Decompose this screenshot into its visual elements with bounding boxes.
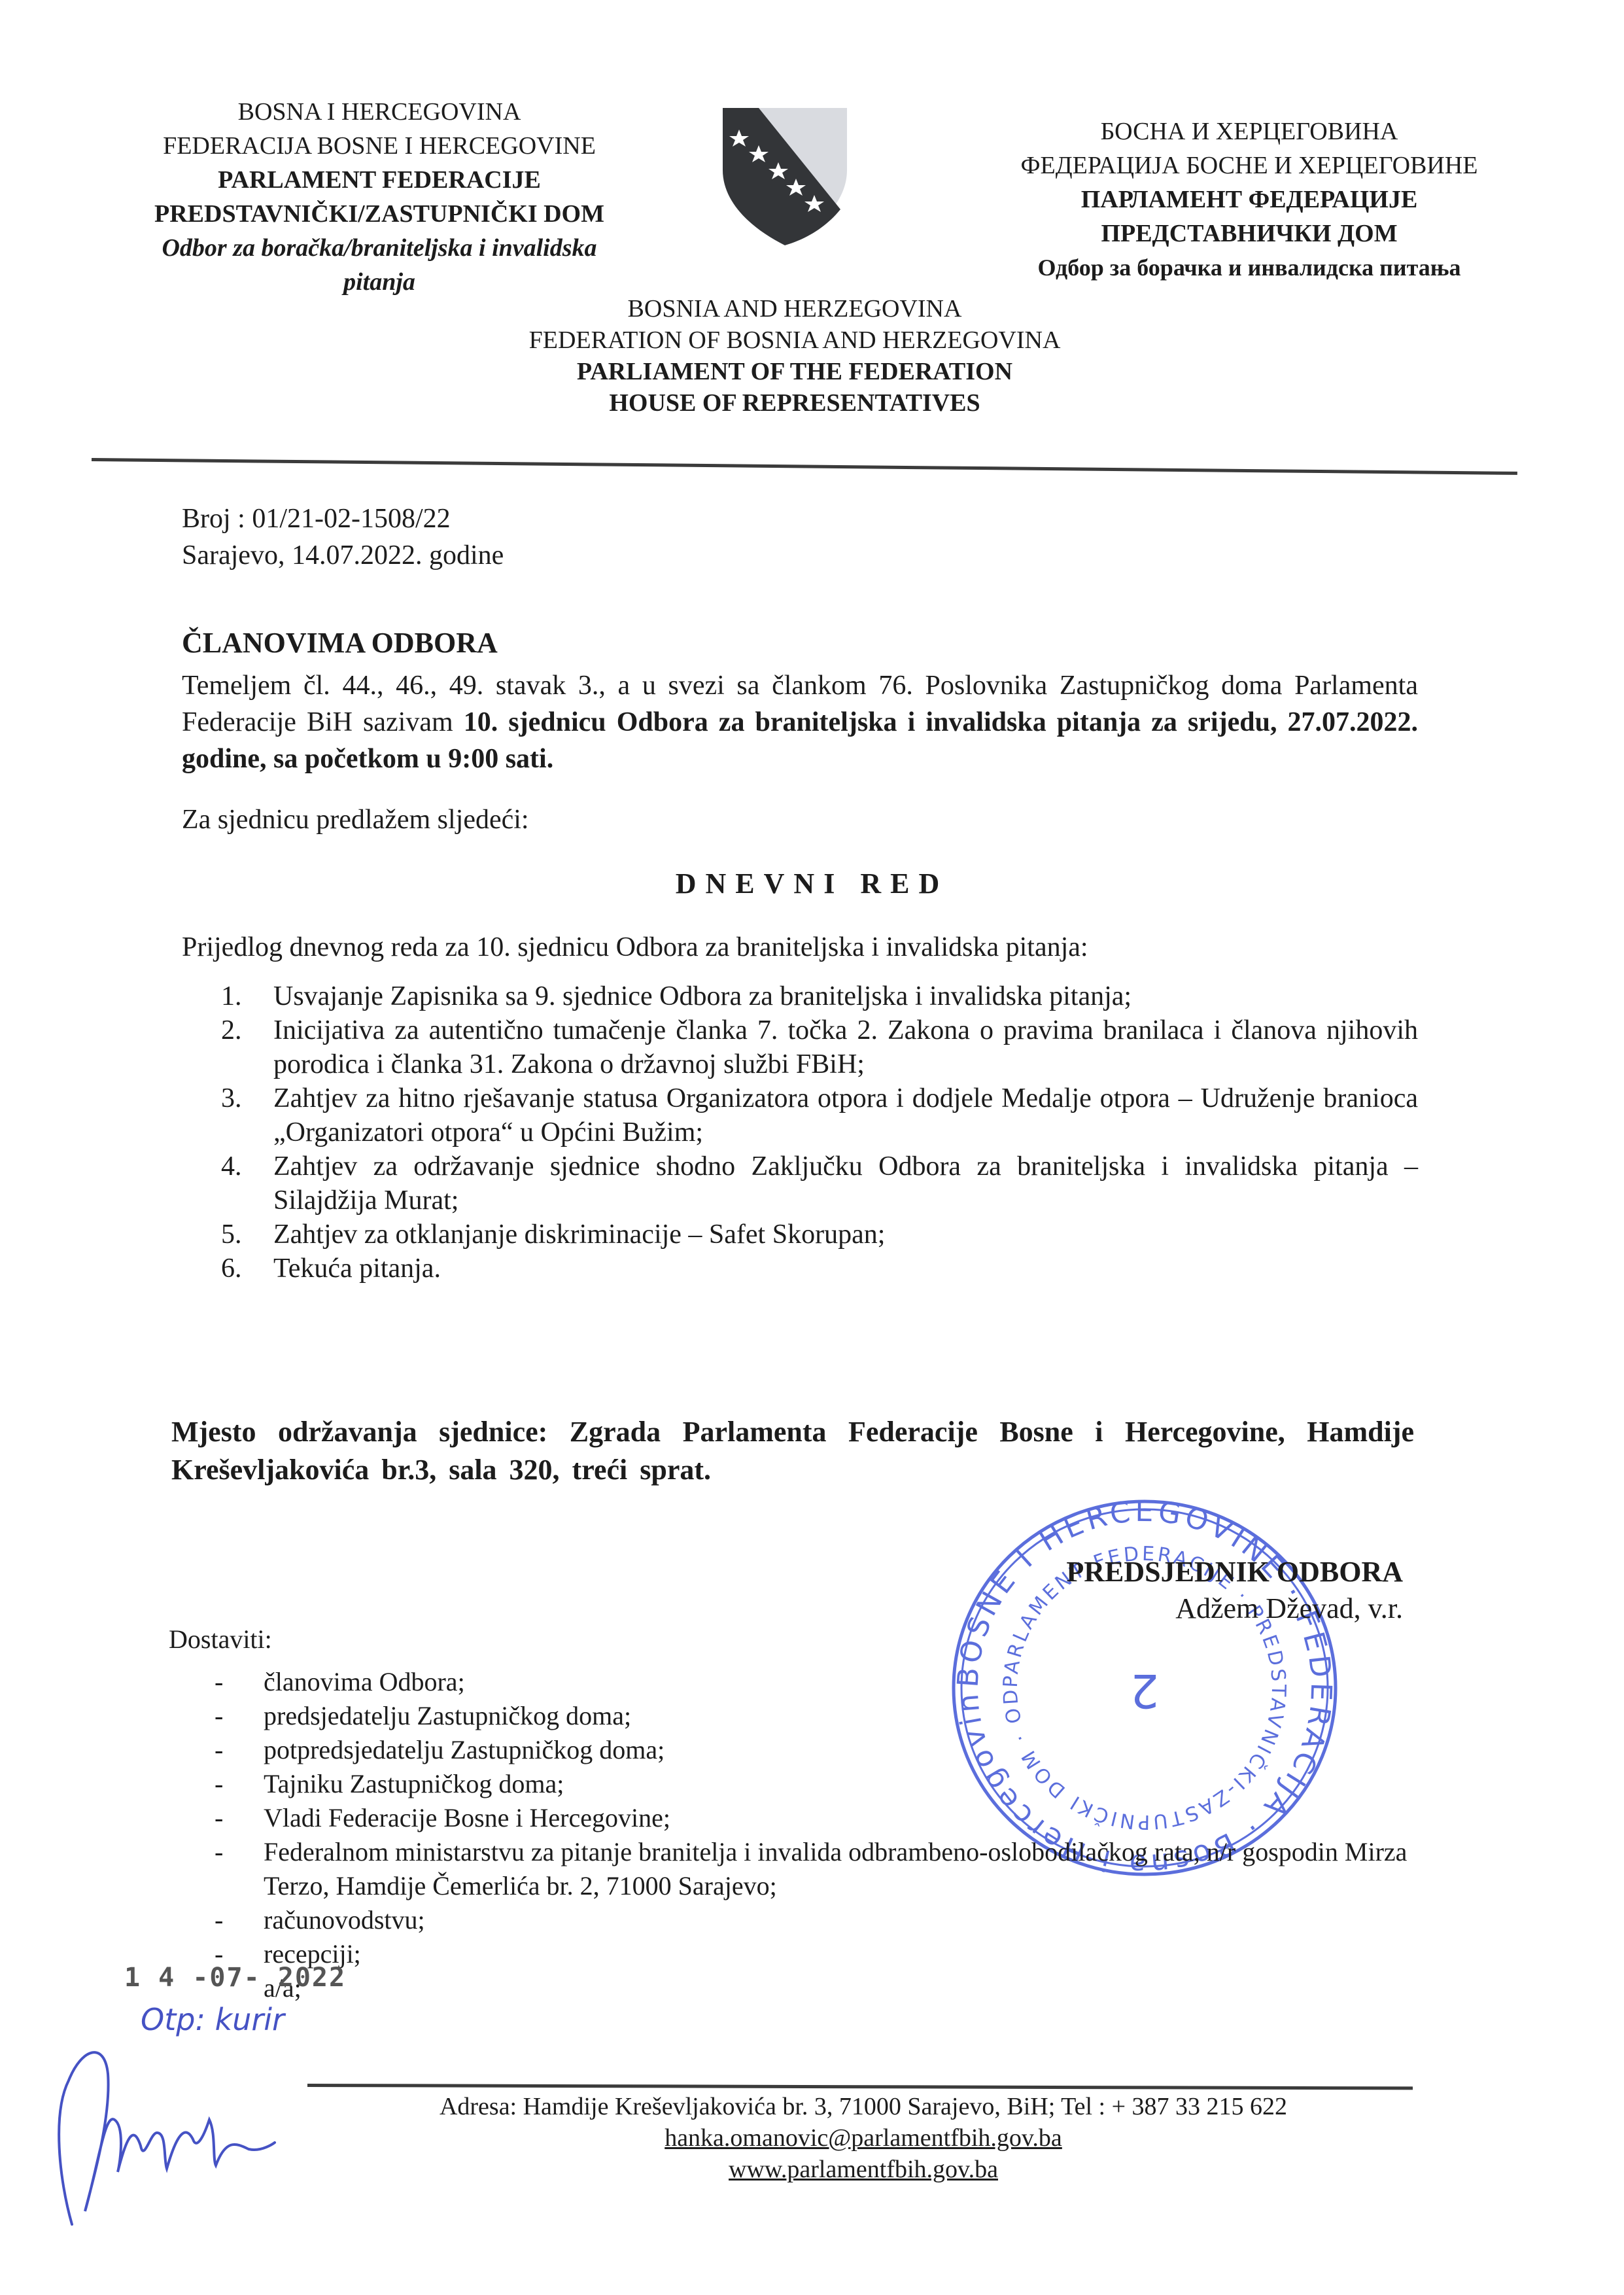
footer-website-link[interactable]: www.parlamentfbih.gov.ba [729, 2156, 998, 2183]
signoff-name: Adžem Dževad, v.r. [981, 1590, 1403, 1627]
distribution-item: -Tajniku Zastupničkog doma; [169, 1767, 1425, 1801]
header-right-federation: ФЕДЕРАЦИЈА БОСНЕ И ХЕРЦЕГОВИНЕ [948, 149, 1550, 183]
distribution-item: -računovodstvu; [169, 1903, 1425, 1937]
distribution-item: -članovima Odbora; [169, 1665, 1425, 1699]
agenda-item: 6.Tekuća pitanja. [182, 1252, 1418, 1286]
header-left-house: PREDSTAVNIČKI/ZASTUPNIČKI DOM [98, 197, 661, 231]
agenda-item: 1.Usvajanje Zapisnika sa 9. sjednice Odb… [182, 979, 1418, 1013]
propose-line: Za sjednicu predlažem sljedeći: [182, 801, 529, 838]
header-left-parliament: PARLAMENT FEDERACIJE [98, 163, 661, 197]
header-divider [92, 458, 1517, 475]
distribution-item: -Federalnom ministarstvu za pitanje bran… [169, 1835, 1425, 1903]
header-right-parliament: ПАРЛАМЕНТ ФЕДЕРАЦИЈЕ [948, 183, 1550, 217]
received-date-stamp: 1 4 -07- 2022 [124, 1963, 346, 1993]
signoff-block: PREDSJEDNIK ODBORA Adžem Dževad, v.r. [981, 1554, 1403, 1627]
header-left-country: BOSNA I HERCEGOVINA [98, 95, 661, 129]
header-center-parliament: PARLIAMENT OF THE FEDERATION [419, 356, 1171, 387]
distribution-list: -članovima Odbora; -predsjedatelju Zastu… [169, 1665, 1425, 2005]
agenda-list: 1.Usvajanje Zapisnika sa 9. sjednice Odb… [182, 979, 1418, 1286]
header-center-country: BOSNIA AND HERZEGOVINA [419, 293, 1171, 324]
document-place-date: Sarajevo, 14.07.2022. godine [182, 537, 504, 574]
header-center-federation: FEDERATION OF BOSNIA AND HERZEGOVINA [419, 324, 1171, 356]
header-left-block: BOSNA I HERCEGOVINA FEDERACIJA BOSNE I H… [98, 95, 661, 299]
agenda-item: 5.Zahtjev za otklanjanje diskriminacije … [182, 1218, 1418, 1252]
distribution-item: -Vladi Federacije Bosne i Hercegovine; [169, 1801, 1425, 1835]
header-right-house: ПРЕДСТАВНИЧКИ ДОМ [948, 217, 1550, 251]
recipient-heading: ČLANOVIMA ODBORA [182, 625, 498, 661]
bih-coat-of-arms-icon [719, 105, 850, 249]
footer-address: Adresa: Hamdije Kreševljakovića br. 3, 7… [288, 2091, 1439, 2122]
agenda-item: 2.Inicijativa za autentično tumačenje čl… [182, 1013, 1418, 1081]
distribution-label: Dostaviti: [169, 1621, 272, 1658]
distribution-item: -recepciji; [169, 1937, 1425, 1971]
header-right-committee: Одбор за борачка и инвалидска питања [948, 251, 1550, 285]
header-center-block: BOSNIA AND HERZEGOVINA FEDERATION OF BOS… [419, 293, 1171, 419]
footer: Adresa: Hamdije Kreševljakovića br. 3, 7… [288, 2091, 1439, 2185]
header-right-block: БОСНА И ХЕРЦЕГОВИНА ФЕДЕРАЦИЈА БОСНЕ И Х… [948, 114, 1550, 285]
document-meta: Broj : 01/21-02-1508/22 Sarajevo, 14.07.… [182, 500, 504, 574]
venue-paragraph: Mjesto održavanja sjednice: Zgrada Parla… [171, 1413, 1414, 1489]
document-number: Broj : 01/21-02-1508/22 [182, 500, 504, 537]
distribution-item: -predsjedatelju Zastupničkog doma; [169, 1699, 1425, 1733]
header-right-country: БОСНА И ХЕРЦЕГОВИНА [948, 114, 1550, 149]
agenda-item: 4.Zahtjev za održavanje sjednice shodno … [182, 1149, 1418, 1218]
header-left-federation: FEDERACIJA BOSNE I HERCEGOVINE [98, 129, 661, 163]
distribution-item: a/a; [169, 1971, 1425, 2005]
agenda-item: 3.Zahtjev za hitno rješavanje statusa Or… [182, 1081, 1418, 1149]
intro-paragraph: Temeljem čl. 44., 46., 49. stavak 3., a … [182, 667, 1418, 777]
header-left-committee: Odbor za boračka/braniteljska i invalids… [98, 231, 661, 265]
header-center-house: HOUSE OF REPRESENTATIVES [419, 387, 1171, 419]
agenda-intro: Prijedlog dnevnog reda za 10. sjednicu O… [182, 929, 1088, 966]
footer-divider [307, 2084, 1413, 2090]
handwritten-note: Otp: kurir [141, 2002, 285, 2037]
distribution-item: -potpredsjedatelju Zastupničkog doma; [169, 1733, 1425, 1767]
signoff-title: PREDSJEDNIK ODBORA [981, 1554, 1403, 1590]
agenda-title: DNEVNI RED [0, 867, 1624, 900]
footer-email-link[interactable]: hanka.omanovic@parlamentfbih.gov.ba [665, 2124, 1062, 2152]
